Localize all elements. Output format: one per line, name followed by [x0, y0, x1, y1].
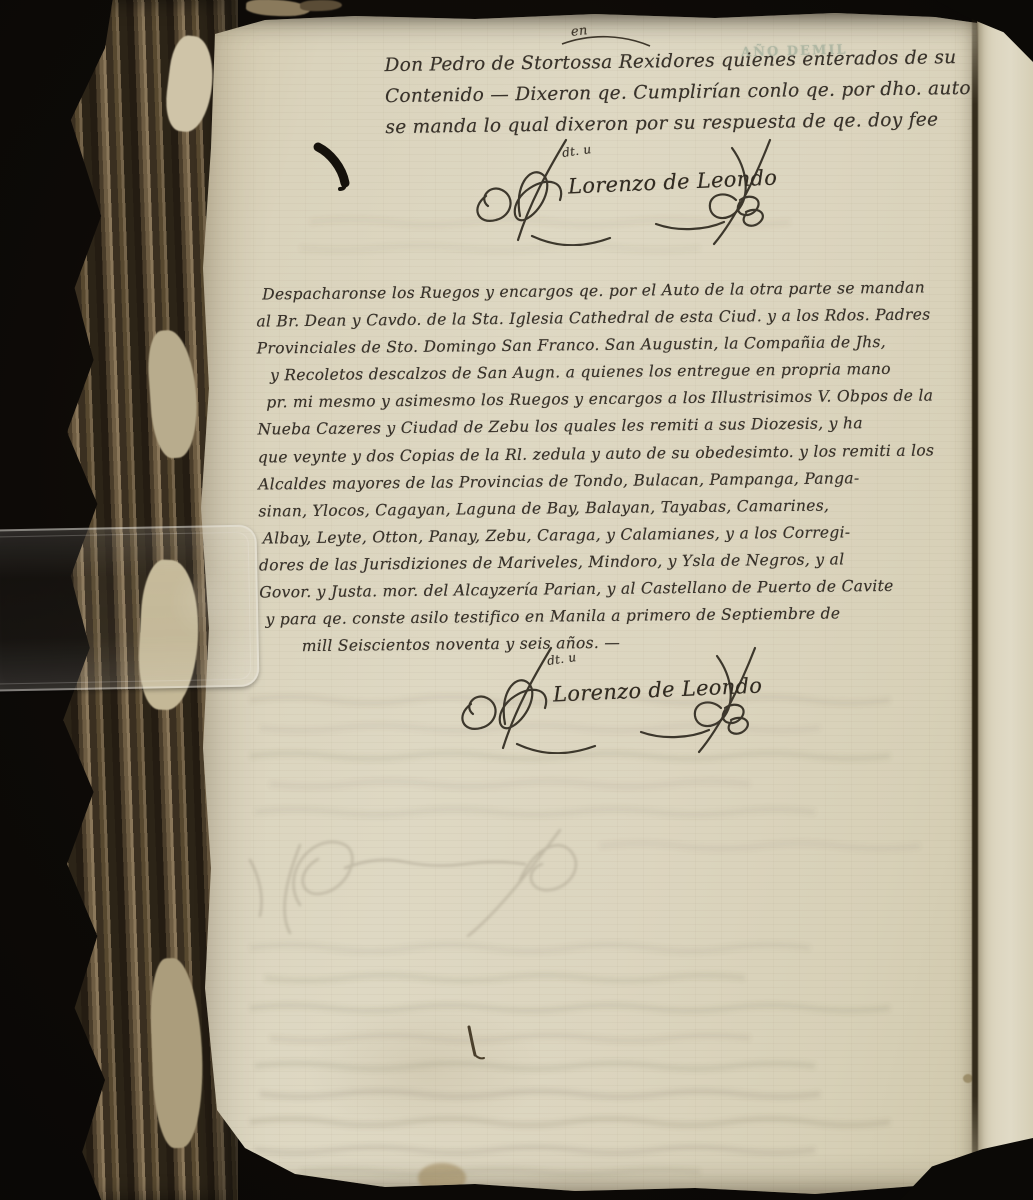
archival-photo: en AÑO DEMIL Don Pedro de Stortossa Rexi…: [0, 0, 1033, 1200]
superscript-mark: en: [570, 23, 588, 40]
facing-page-edge: [977, 0, 1033, 1200]
paper-stain: [255, 968, 595, 1168]
paper-shred: [300, 0, 342, 12]
notary-signature-bottom: dt. u Lorenzo de Leondo: [455, 644, 785, 754]
manuscript-page: en AÑO DEMIL Don Pedro de Stortossa Rexi…: [175, 8, 977, 1198]
despatch-paragraph: Despacharonse los Ruegos y encargos qe. …: [256, 274, 936, 660]
book-gutter-crease: [972, 10, 978, 1190]
notary-signature-top: dt. u Lorenzo de Leondo: [470, 136, 800, 246]
plastic-page-holder-strip: [0, 524, 260, 691]
paper-chip-stain: [418, 1163, 466, 1193]
top-entry-paragraph: Don Pedro de Stortossa Rexidores quienes…: [384, 42, 971, 143]
